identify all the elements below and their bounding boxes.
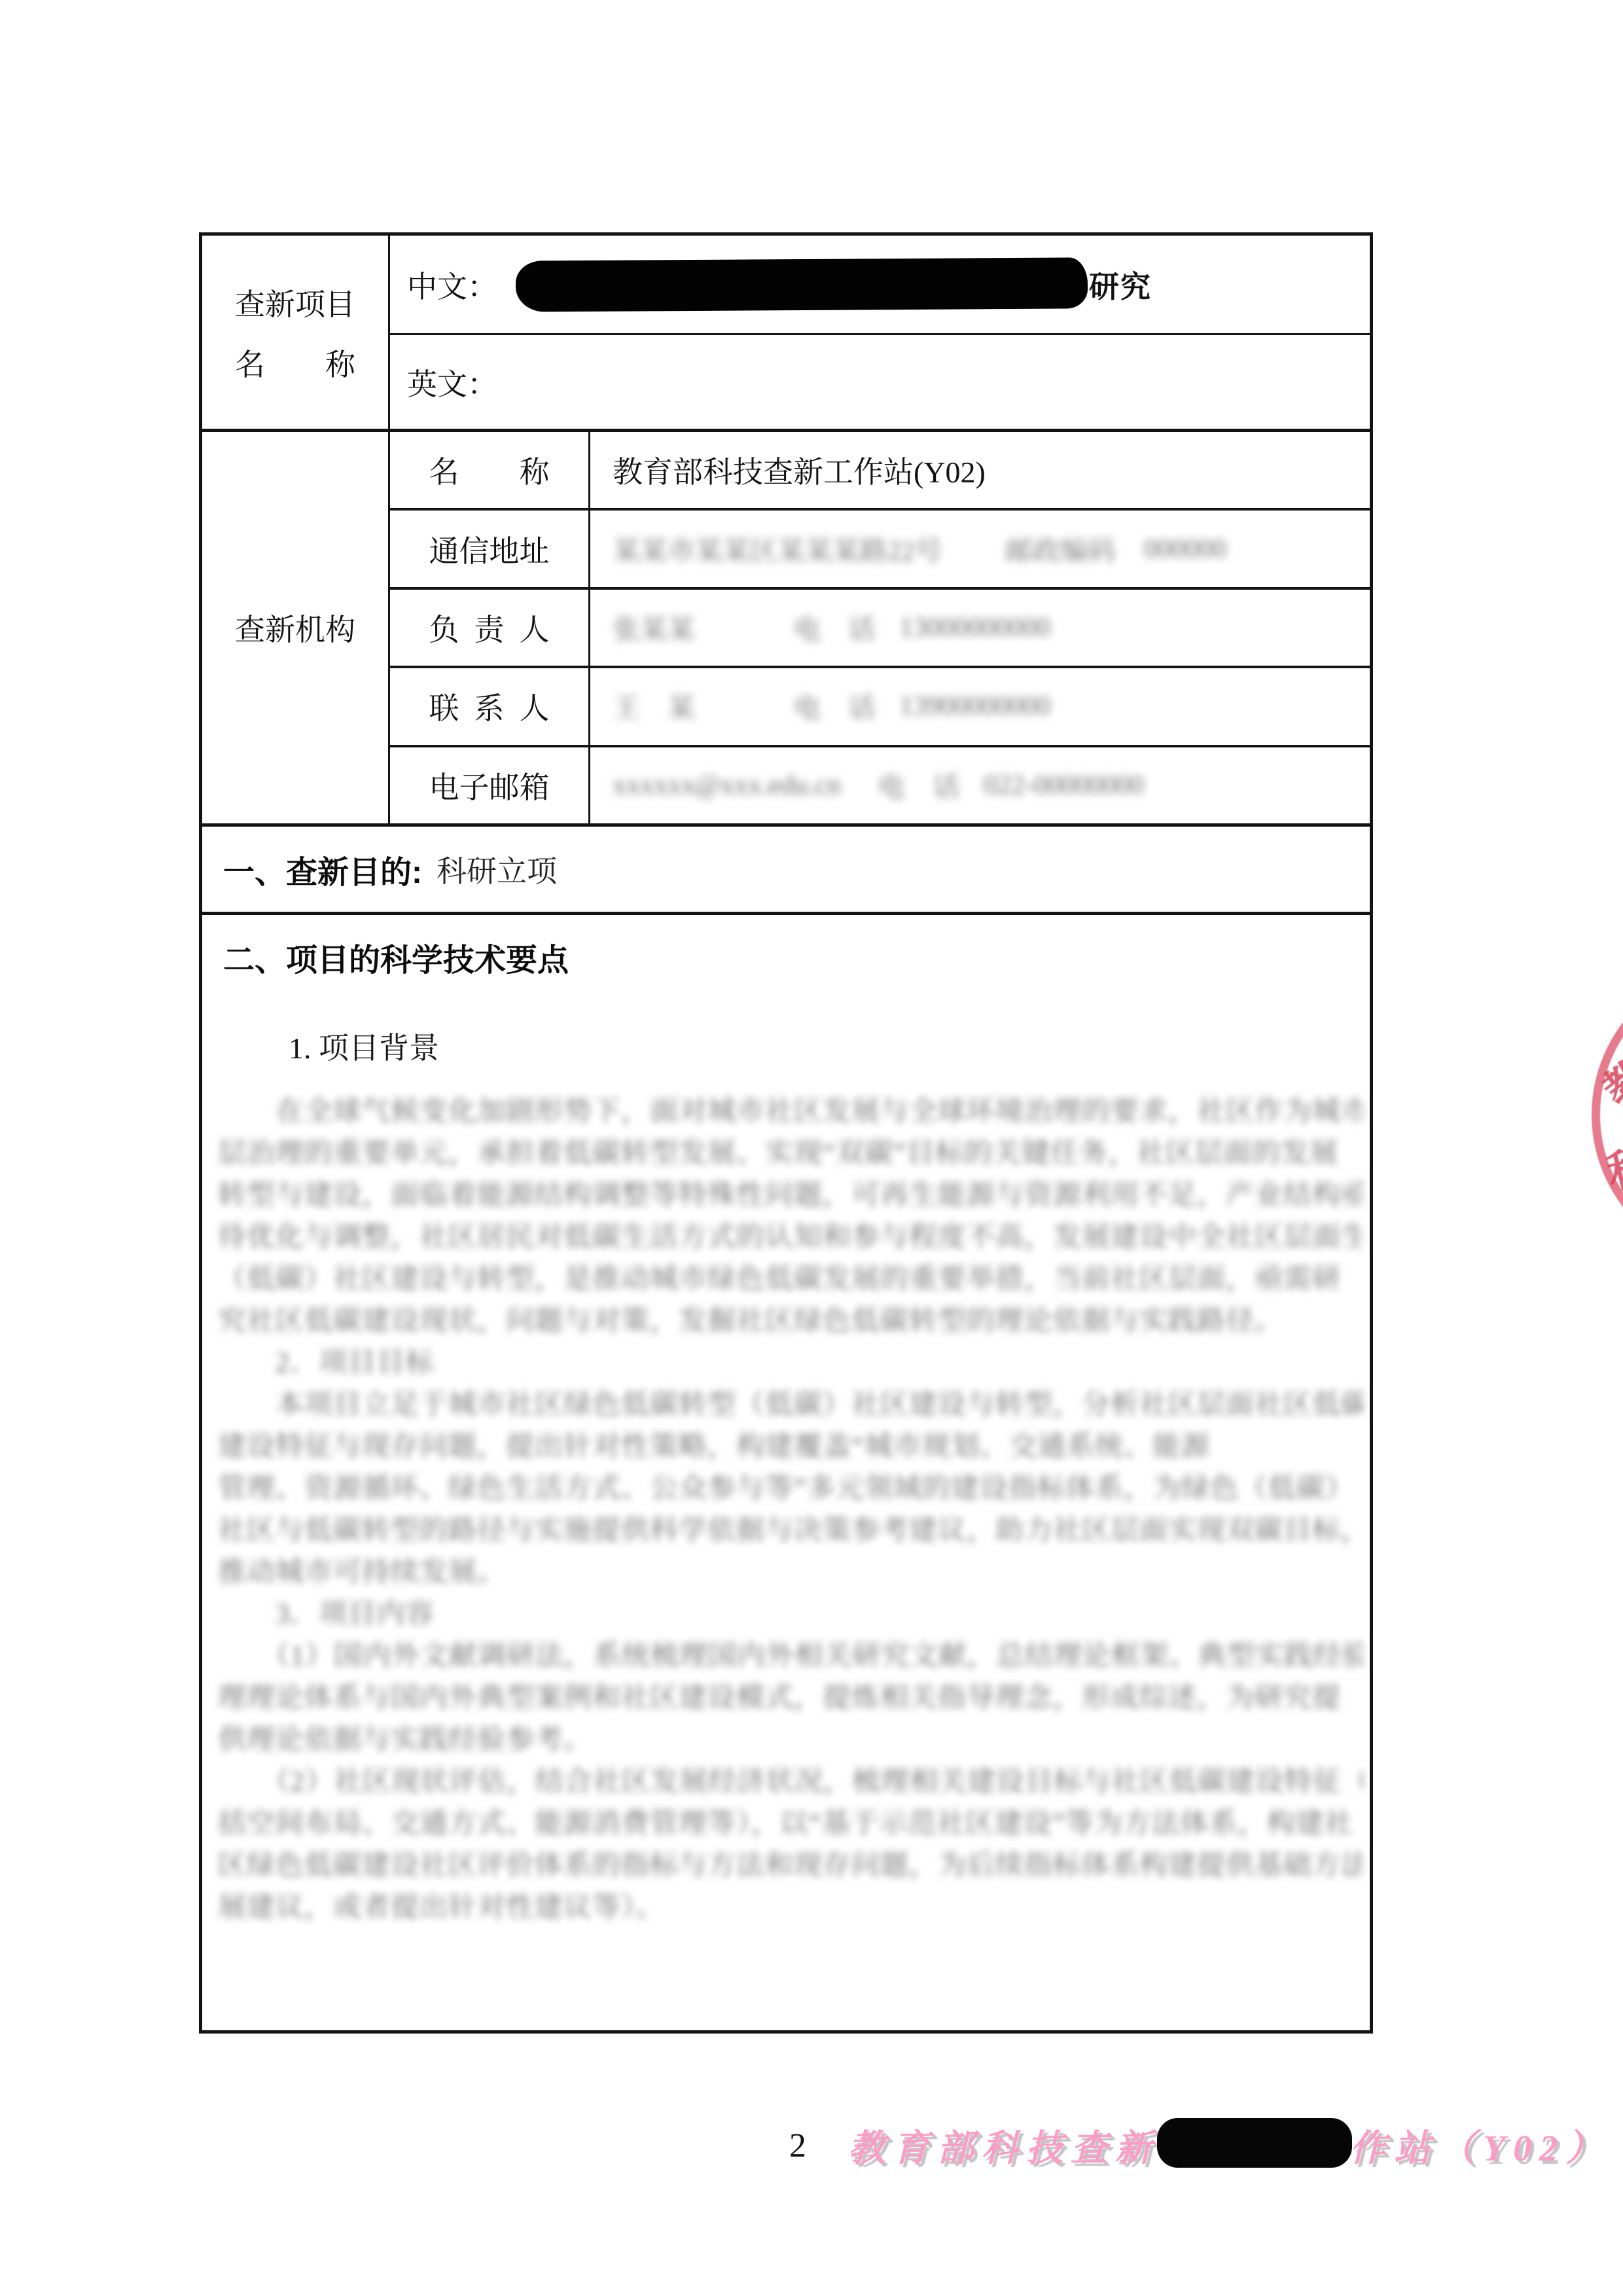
blurred-text-line: 区绿色低碳建设社区评价体系的指标与方法和现存问题，为后续指标体系构建提供基础方法…	[218, 1845, 1363, 1887]
institution-name-label-text: 名称	[429, 448, 550, 492]
blurred-text-line: 推动城市可持续发展。	[218, 1552, 1363, 1594]
red-seal-stamp: 教 科	[1592, 963, 1623, 1266]
blurred-text-line: 社区与低碳转型的路径与实施提供科学依据与决策参考建议，助力社区层面实现双碳目标，	[218, 1510, 1363, 1552]
chinese-title-label: 中文：	[407, 263, 497, 306]
english-title-row: 英文：	[390, 335, 1370, 429]
blurred-text-line: 层治理的重要单元，承担着低碳转型发展、实现“双碳”目标的关键任务，社区层面的发展	[218, 1133, 1363, 1175]
institution-contact-label-text: 联系人	[429, 685, 550, 728]
chinese-title-tail: 研究	[1089, 263, 1152, 306]
institution-address-label-text: 通信地址	[429, 528, 550, 571]
blurred-text-line: 管理、资源循环、绿色生活方式、公众参与等”多元领域的建设指标体系，为绿色（低碳）	[218, 1468, 1363, 1510]
novelty-search-form-table: 查新项目 名称 中文： 研究 英文： 查新机构	[199, 232, 1373, 2034]
contact-tel-label-blurred: 电 话	[793, 687, 876, 726]
section-project-name: 查新项目 名称 中文： 研究 英文：	[202, 236, 1370, 432]
blurred-text-line: 展建议，或者提出针对性建议等）。	[218, 1887, 1363, 1929]
blurred-text-line: 括空间布局、交通方式、能源消费管理等），以“基于示范社区建设”等为方法体系，构建…	[218, 1803, 1363, 1845]
blurred-text-line: 理理论体系与国内外典型案例和社区建设模式，提炼相关指导理念，形成综述，为研究提	[218, 1677, 1363, 1719]
blurred-text-line: （低碳）社区建设与转型，是推动城市绿色低碳发展的重要举措，当前社区层面，亟需研	[218, 1259, 1363, 1300]
footer-watermark-left: 教育部科技查新	[848, 2119, 1160, 2172]
institution-principal-row: 负责人 张某某 电 话 13000000000	[390, 590, 1370, 668]
page-footer: 2 教育部科技查新 作站（Y02）	[789, 2119, 1610, 2172]
stamp-character: 科	[1599, 1130, 1623, 1202]
blurred-text-line: 在全球气候变化加剧形势下，面对城市社区发展与全球环境治理的要求，社区作为城市基	[218, 1091, 1363, 1133]
blurred-text-line: 3．项目内容	[218, 1594, 1363, 1636]
project-background-subheading: 1. 项目背景	[289, 1024, 1370, 1067]
stamp-character: 教	[1588, 1042, 1623, 1119]
tech-points-heading: 二、项目的科学技术要点	[223, 935, 1370, 980]
institution-email-label-text: 电子邮箱	[429, 764, 550, 807]
institution-email-label: 电子邮箱	[390, 747, 590, 823]
footer-redaction-box	[1157, 2118, 1352, 2168]
footer-watermark-right: 作站（Y02）	[1349, 2119, 1610, 2172]
institution-email-row: 电子邮箱 xxxxxx@xxx.edu.cn 电 话 022-00000000	[390, 747, 1370, 823]
project-name-row-label: 查新项目 名称	[202, 236, 390, 429]
purpose-heading: 一、查新目的:	[223, 847, 422, 892]
institution-row-label-text: 查新机构	[235, 606, 355, 649]
blurred-text-line: 待优化与调整，社区居民对低碳生活方式的认知和参与程度不高，发展建设中全社区层面生…	[218, 1217, 1363, 1259]
postal-code-blurred: 000000	[1144, 533, 1226, 565]
project-name-label-line1: 查新项目	[235, 281, 355, 324]
section-technical-points: 二、项目的科学技术要点 1. 项目背景 在全球气候变化加剧形势下，面对城市社区发…	[202, 915, 1370, 2030]
blurred-text-line: 建设特征与现存问题，提出针对性策略，构建覆盖“城市规划、交通系统、能源	[218, 1426, 1363, 1468]
institution-contact-label: 联系人	[390, 668, 590, 744]
postal-code-label-blurred: 邮政编码	[1005, 529, 1115, 569]
section-search-purpose: 一、查新目的: 科研立项	[202, 827, 1370, 915]
institution-name-row: 名称 教育部科技查新工作站(Y02)	[390, 432, 1370, 511]
blurred-text-line: （2）社区现状评估，结合社区发展经济状况，梳理相关建设目标与社区低碳建设特征（包	[218, 1761, 1363, 1803]
project-name-label-line2: 名称	[235, 341, 355, 384]
chinese-title-redaction-bar	[516, 257, 1088, 312]
email-tel-label-blurred: 电 话	[878, 766, 960, 805]
chinese-title-row: 中文： 研究	[390, 236, 1370, 335]
institution-name-label: 名称	[390, 432, 590, 508]
principal-name-blurred: 张某某	[613, 608, 695, 647]
blurred-text-line: 转型与建设，面临着能源结构调整等特殊性问题，可再生能源与资源利用不足，产业结构亟	[218, 1175, 1363, 1217]
document-page: 查新项目 名称 中文： 研究 英文： 查新机构	[0, 0, 1623, 2296]
institution-address-label: 通信地址	[390, 511, 590, 586]
institution-address-value-blurred: 某某市某某区某某某路22号	[613, 529, 942, 569]
email-value-blurred: xxxxxx@xxx.edu.cn	[613, 770, 841, 801]
blurred-text-line: 本项目立足于城市社区绿色低碳转型（低碳）社区建设与转型，分析社区层面社区低碳	[218, 1384, 1363, 1426]
institution-principal-label-text: 负责人	[429, 606, 550, 649]
english-title-label: 英文：	[407, 361, 497, 404]
blurred-text-line: 供理论依据与实践经验参考。	[218, 1719, 1363, 1761]
blurred-text-line: 2．项目目标	[218, 1342, 1363, 1384]
email-tel-blurred: 022-00000000	[984, 770, 1144, 801]
institution-address-row: 通信地址 某某市某某区某某某路22号 邮政编码 000000	[390, 511, 1370, 589]
principal-tel-label-blurred: 电 话	[793, 608, 876, 647]
institution-row-label: 查新机构	[202, 432, 390, 823]
section-institution: 查新机构 名称 教育部科技查新工作站(Y02) 通信地址 某某市	[202, 432, 1370, 827]
institution-contact-row: 联系人 王 某 电 话 13900000000	[390, 668, 1370, 747]
institution-name-value: 教育部科技查新工作站(Y02)	[613, 448, 986, 492]
page-number: 2	[789, 2126, 806, 2165]
blurred-paragraphs: 在全球气候变化加剧形势下，面对城市社区发展与全球环境治理的要求，社区作为城市基层…	[218, 1091, 1363, 1929]
purpose-value: 科研立项	[437, 848, 557, 891]
principal-tel-blurred: 13000000000	[899, 612, 1050, 643]
blurred-text-line: （1）国内外文献调研法，系统梳理国内外相关研究文献，总结理论框架、典型实践经验，…	[218, 1636, 1363, 1677]
footer-watermark: 教育部科技查新 作站（Y02）	[848, 2119, 1610, 2172]
contact-name-blurred: 王 某	[613, 687, 695, 726]
blurred-text-line: 究社区低碳建设现状，问题与对策，发掘社区绿色低碳转型的理论依据与实践路径。	[218, 1300, 1363, 1342]
contact-tel-blurred: 13900000000	[899, 691, 1050, 722]
institution-principal-label: 负责人	[390, 590, 590, 666]
